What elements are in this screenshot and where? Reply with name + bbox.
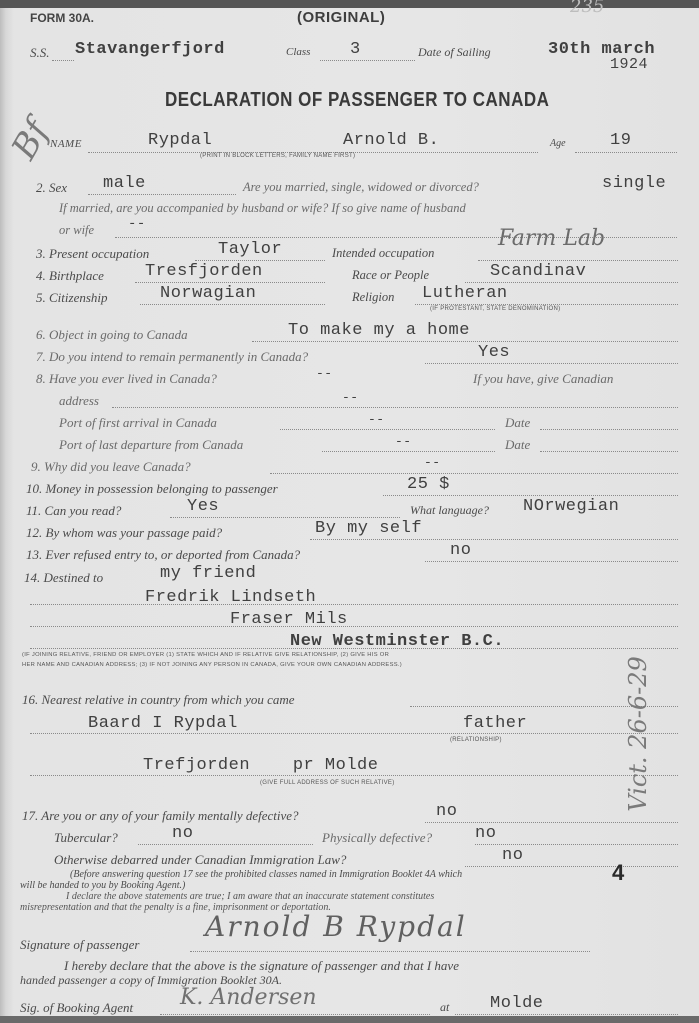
q17-note-2: will be handed to you by Booking Agent.) bbox=[20, 880, 185, 891]
address-value: -- bbox=[342, 390, 359, 405]
sailing-date-label: Date of Sailing bbox=[418, 45, 491, 60]
can-read-value: Yes bbox=[187, 497, 219, 516]
nearest-relative-label: 16. Nearest relative in country from whi… bbox=[22, 692, 295, 708]
race-value: Scandinav bbox=[490, 262, 586, 281]
destined-line-2: Fredrik Lindseth bbox=[145, 588, 316, 607]
margin-annotation-right: Vict. 26-6-29 bbox=[624, 656, 652, 812]
original-label: (ORIGINAL) bbox=[297, 9, 385, 26]
occupation-value: Taylor bbox=[218, 240, 282, 259]
why-leave-label: 9. Why did you leave Canada? bbox=[31, 459, 191, 475]
spouse-label-2: or wife bbox=[59, 223, 94, 238]
canadian-address-prompt: If you have, give Canadian bbox=[473, 371, 613, 387]
race-label: Race or People bbox=[352, 268, 429, 283]
address-label: address bbox=[59, 393, 99, 409]
lived-in-canada-value: -- bbox=[316, 366, 333, 381]
mental-defect-label: 17. Are you or any of your family mental… bbox=[22, 808, 299, 824]
sex-value: male bbox=[103, 174, 146, 193]
passenger-signature: Arnold B Rypdal bbox=[205, 910, 467, 943]
name-note: (PRINT IN BLOCK LETTERS, FAMILY NAME FIR… bbox=[200, 153, 355, 159]
religion-value: Lutheran bbox=[422, 284, 508, 303]
can-read-label: 11. Can you read? bbox=[26, 503, 121, 519]
document-title: DECLARATION OF PASSENGER TO CANADA bbox=[165, 88, 549, 112]
debarred-value: no bbox=[502, 846, 523, 865]
spouse-label: If married, are you accompanied by husba… bbox=[59, 201, 466, 216]
destined-line-1: my friend bbox=[160, 564, 256, 583]
agent-signature-label: Sig. of Booking Agent bbox=[20, 1000, 133, 1016]
class-value: 3 bbox=[350, 40, 361, 59]
refused-entry-label: 13. Ever refused entry to, or deported f… bbox=[26, 547, 300, 563]
destined-line-4: New Westminster B.C. bbox=[290, 632, 504, 651]
birthplace-label: 4. Birthplace bbox=[36, 268, 104, 284]
intended-occupation-value: Farm Lab bbox=[498, 226, 605, 251]
why-leave-value: -- bbox=[424, 455, 441, 470]
declaration-text-1: I declare the above statements are true;… bbox=[66, 891, 434, 902]
religion-note: (IF PROTESTANT, STATE DENOMINATION) bbox=[430, 306, 560, 312]
agent-declaration-1: I hereby declare that the above is the s… bbox=[64, 958, 459, 974]
relative-address-note: (GIVE FULL ADDRESS OF SUCH RELATIVE) bbox=[260, 780, 395, 786]
at-label: at bbox=[440, 1000, 449, 1015]
age-value: 19 bbox=[610, 131, 631, 150]
lived-in-canada-label: 8. Have you ever lived in Canada? bbox=[36, 371, 217, 387]
tubercular-value: no bbox=[172, 824, 193, 843]
birthplace-value: Tresfjorden bbox=[145, 262, 263, 281]
citizenship-value: Norwagian bbox=[160, 284, 256, 303]
top-stamp: 235 bbox=[570, 0, 604, 17]
q17-note-1: (Before answering question 17 see the pr… bbox=[70, 869, 462, 880]
last-departure-date-label: Date bbox=[505, 437, 530, 453]
remain-value: Yes bbox=[478, 343, 510, 362]
marital-value: single bbox=[602, 174, 666, 193]
given-name: Arnold B. bbox=[343, 131, 439, 150]
debarred-label: Otherwise debarred under Canadian Immigr… bbox=[54, 852, 346, 868]
destined-note-2: HER NAME AND CANADIAN ADDRESS; (3) IF NO… bbox=[22, 662, 402, 668]
language-label: What language? bbox=[410, 503, 489, 518]
marital-label: Are you married, single, widowed or divo… bbox=[243, 180, 479, 195]
first-arrival-value: -- bbox=[368, 412, 385, 427]
physical-defect-value: no bbox=[475, 824, 496, 843]
relationship-note: (RELATIONSHIP) bbox=[450, 737, 502, 743]
money-value: 25 $ bbox=[407, 475, 450, 494]
intended-occupation-label: Intended occupation bbox=[332, 246, 434, 261]
sex-label: 2. Sex bbox=[36, 180, 67, 196]
last-departure-label: Port of last departure from Canada bbox=[59, 437, 243, 453]
class-label: Class bbox=[286, 46, 310, 58]
passage-paid-value: By my self bbox=[315, 519, 422, 538]
last-departure-value: -- bbox=[395, 434, 412, 449]
booklet-mark: 4 bbox=[612, 860, 624, 886]
name-label: NAME bbox=[50, 138, 82, 150]
ship-label: S.S. bbox=[30, 45, 50, 61]
spouse-value: -- bbox=[128, 216, 146, 232]
destined-line-3: Fraser Mils bbox=[230, 610, 348, 629]
relative-name: Baard I Rypdal bbox=[88, 714, 238, 733]
citizenship-label: 5. Citizenship bbox=[36, 290, 108, 306]
passage-paid-label: 12. By whom was your passage paid? bbox=[26, 525, 222, 541]
agent-location: Molde bbox=[490, 994, 544, 1013]
form-number: FORM 30A. bbox=[30, 11, 94, 25]
passenger-signature-label: Signature of passenger bbox=[20, 937, 139, 953]
object-label: 6. Object in going to Canada bbox=[36, 327, 188, 343]
tubercular-label: Tubercular? bbox=[54, 830, 118, 846]
language-value: NOrwegian bbox=[523, 497, 619, 516]
ship-name: Stavangerfjord bbox=[75, 40, 225, 59]
money-label: 10. Money in possession belonging to pas… bbox=[26, 481, 278, 497]
first-arrival-label: Port of first arrival in Canada bbox=[59, 415, 217, 431]
relationship-value: father bbox=[463, 714, 527, 733]
agent-signature: K. Andersen bbox=[180, 985, 317, 1010]
family-name: Rypdal bbox=[148, 131, 212, 150]
religion-label: Religion bbox=[352, 290, 394, 305]
occupation-label: 3. Present occupation bbox=[36, 246, 149, 262]
object-value: To make my a home bbox=[288, 321, 470, 340]
age-label: Age bbox=[550, 138, 566, 149]
remain-label: 7. Do you intend to remain permanently i… bbox=[36, 349, 308, 365]
declaration-form: FORM 30A. (ORIGINAL) 235 S.S. Stavangerf… bbox=[0, 0, 699, 1023]
relative-address: Trefjorden pr Molde bbox=[143, 756, 378, 775]
sailing-year: 1924 bbox=[610, 56, 648, 73]
destined-label: 14. Destined to bbox=[24, 570, 103, 586]
physical-defect-label: Physically defective? bbox=[322, 830, 432, 846]
scan-edge-bottom bbox=[0, 1016, 699, 1023]
destined-note-1: (IF JOINING RELATIVE, FRIEND OR EMPLOYER… bbox=[22, 652, 389, 658]
mental-defect-value: no bbox=[436, 802, 457, 821]
refused-entry-value: no bbox=[450, 541, 471, 560]
first-arrival-date-label: Date bbox=[505, 415, 530, 431]
